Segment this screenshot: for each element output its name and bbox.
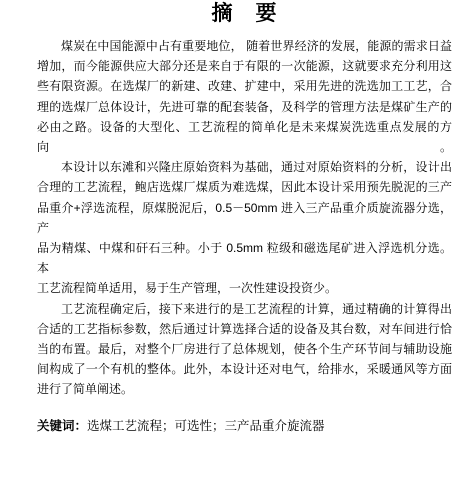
text-line: 工艺流程确定后，接下来进行的是工艺流程的计算，通过精确的计算得出 [37,299,452,319]
abstract-page: 摘 要 煤炭在中国能源中占有重要地位， 随着世界经济的发展，能源的需求日益 增加… [0,0,458,484]
text-line: 当的布置。最后，对整个厂房进行了总体规划，使各个生产环节间与辅助设施 [37,339,452,359]
text-line: 合理的工艺流程，鲍店选煤厂煤质为难选煤，因此本设计采用预先脱泥的三产 [37,177,452,197]
keywords-label: 关键词： [37,419,87,433]
text-line: 增加，而今能源供应大部分还是来自于有限的一次能源，这就要求充分利用这 [37,56,452,76]
paragraph-2: 本设计以东滩和兴隆庄原始资料为基础，通过对原始资料的分析，设计出 合理的工艺流程… [37,157,452,298]
text-line: 煤炭在中国能源中占有重要地位， 随着世界经济的发展，能源的需求日益 [37,36,452,56]
page-title: 摘 要 [37,3,452,25]
text-line: 必由之路。设备的大型化、工艺流程的简单化是未来煤炭洗选重点发展的方向。 [37,117,452,157]
paragraph-1: 煤炭在中国能源中占有重要地位， 随着世界经济的发展，能源的需求日益 增加，而今能… [37,36,452,157]
text-line: 间构成了一个有机的整体。此外，本设计还对电气，给排水，采暖通风等方面 [37,359,452,379]
text-line: 些有限资源。在选煤厂的新建、改建、扩建中，采用先进的洗选加工工艺，合 [37,76,452,96]
text-line: 理的选煤厂总体设计，先进可靠的配套装备，及科学的管理方法是煤矿生产的 [37,97,452,117]
keywords-text: 选煤工艺流程；可选性；三产品重介旋流器 [87,419,325,433]
text-line: 合适的工艺指标参数，然后通过计算选择合适的设备及其台数，对车间进行恰 [37,319,452,339]
paragraph-3: 工艺流程确定后，接下来进行的是工艺流程的计算，通过精确的计算得出 合适的工艺指标… [37,299,452,400]
keywords-line: 关键词：选煤工艺流程；可选性；三产品重介旋流器 [37,416,452,436]
text-line: 品重介+浮选流程，原煤脱泥后，0.5－50mm 进入三产品重介质旋流器分选，产 [37,198,452,238]
text-line: 品为精煤、中煤和矸石三种。小于 0.5mm 粒级和磁选尾矿进入浮选机分选。本 [37,238,452,278]
text-line: 进行了简单阐述。 [37,379,452,399]
text-line: 本设计以东滩和兴隆庄原始资料为基础，通过对原始资料的分析，设计出 [37,157,452,177]
text-line: 工艺流程简单适用，易于生产管理，一次性建设投资少。 [37,278,452,298]
